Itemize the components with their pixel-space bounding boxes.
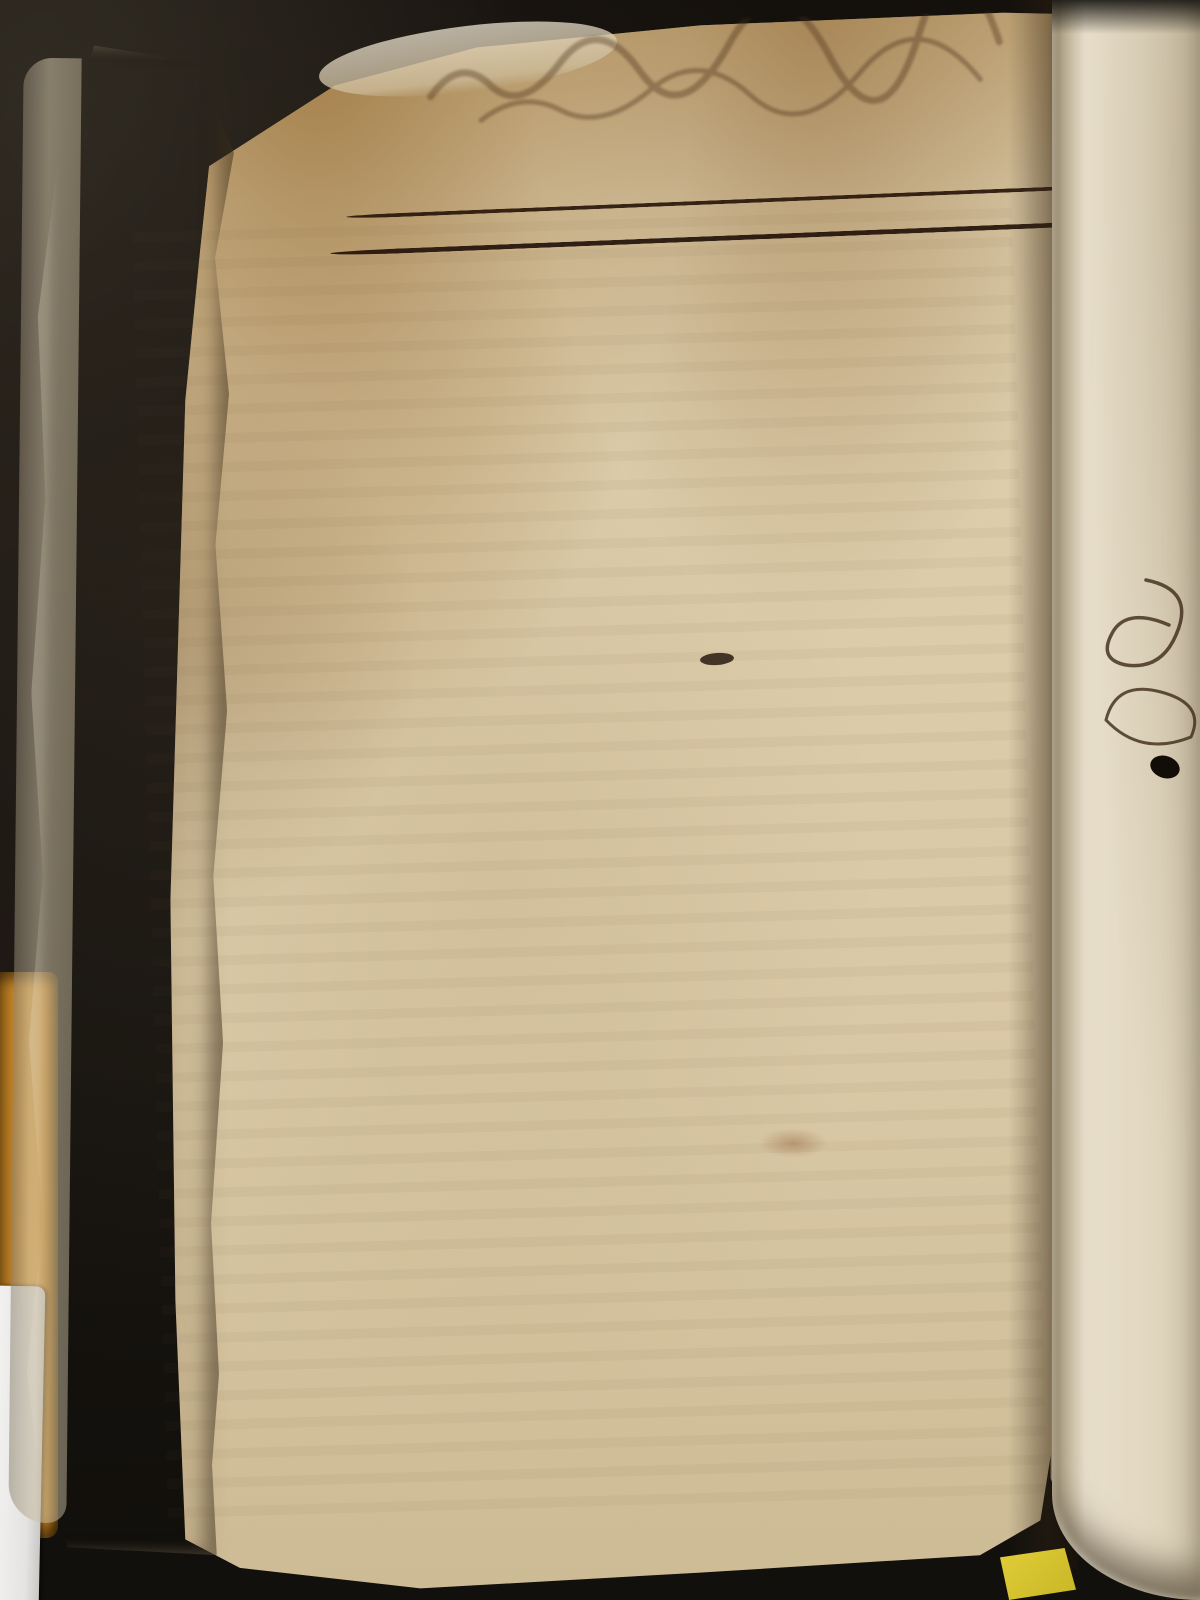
manuscript-photo (0, 0, 1200, 1600)
yellow-sticker (1000, 1548, 1076, 1600)
rust-smudge (758, 1128, 828, 1158)
facing-page-top-shadow (1052, 0, 1200, 34)
ink-show-through (132, 208, 1048, 1532)
facing-page-flourish (1086, 570, 1200, 820)
show-through-ink-strokes (419, 9, 1102, 137)
